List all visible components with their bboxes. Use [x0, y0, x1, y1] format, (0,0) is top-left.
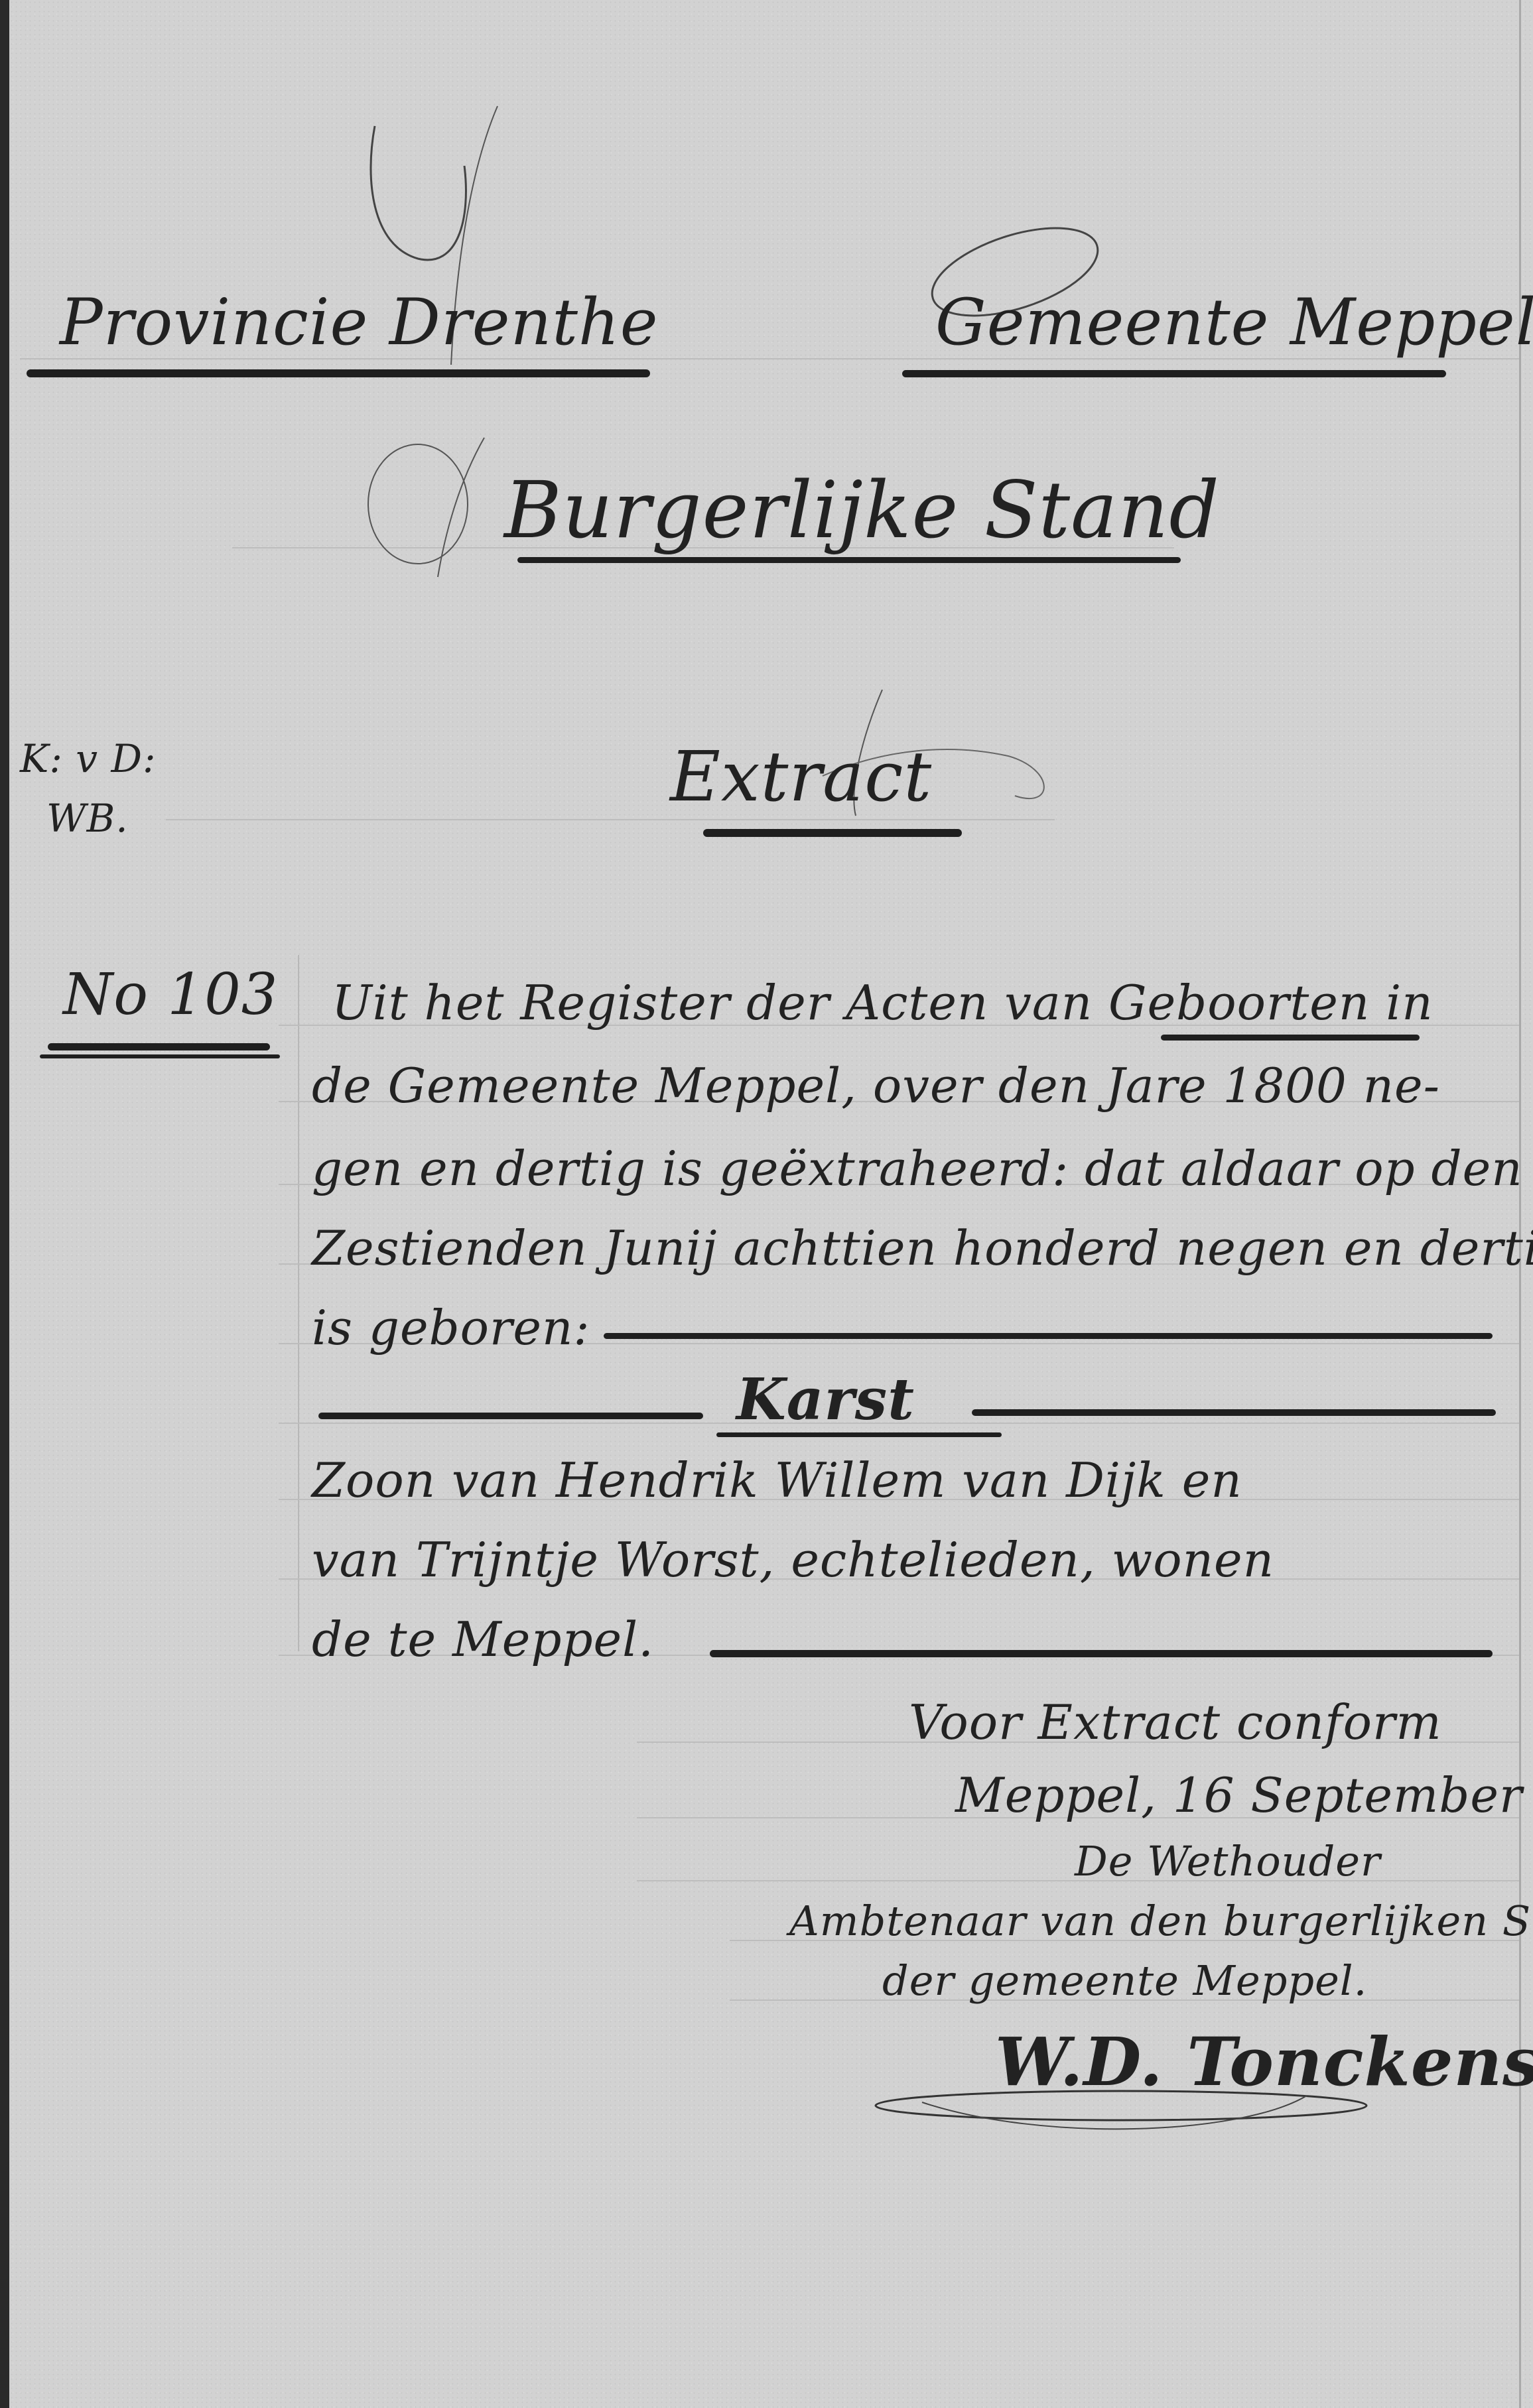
record-number-underline-1: [48, 1043, 270, 1050]
scan-left-edge: [0, 0, 9, 2408]
extract-heading-underline: [703, 829, 962, 837]
parents-line-3: de te Meppel.: [312, 1612, 654, 1667]
fill-line-after-name: [972, 1409, 1496, 1416]
municipality-of-registrar: der gemeente Meppel.: [882, 1956, 1367, 2005]
fill-line-before-name: [318, 1413, 703, 1419]
flourish-ornament-b: [345, 424, 517, 584]
parents-line-1: Zoon van Hendrik Willem van Dijk en: [312, 1452, 1242, 1508]
body-line-3: gen en dertig is geëxtraheerd: dat aldaa…: [312, 1141, 1523, 1196]
fill-line-after-meppel: [710, 1650, 1493, 1657]
geboorten-underline: [1161, 1035, 1420, 1041]
name-underline: [716, 1432, 1002, 1437]
register-title-underline: [517, 557, 1181, 563]
child-name: Karst: [736, 1366, 915, 1433]
registrar-title: Ambtenaar van den burgerlijken Stand: [789, 1897, 1533, 1945]
province-underline: [27, 369, 650, 377]
body-line-4: Zestienden Junij achttien honderd negen …: [312, 1220, 1533, 1276]
extract-heading: Extract: [670, 736, 932, 817]
scanned-document-page: Provincie Drenthe Gemeente Meppel Burger…: [0, 0, 1533, 2408]
body-line-5: is geboren:: [312, 1300, 590, 1356]
place-and-date: Meppel, 16 September 1863: [955, 1767, 1533, 1823]
register-title: Burgerlijke Stand: [504, 464, 1220, 556]
province-label: Provincie Drenthe: [60, 285, 659, 359]
parents-line-2: van Trijntje Worst, echtelieden, wonen: [312, 1532, 1274, 1588]
municipality-underline: [902, 370, 1446, 377]
fill-line-after-geboren: [604, 1333, 1493, 1339]
margin-note-paraph: WB.: [46, 796, 129, 841]
margin-note-initials: K: v D:: [20, 736, 157, 781]
record-number: No 103: [63, 962, 279, 1028]
record-number-underline-2: [40, 1054, 280, 1058]
body-line-2: de Gemeente Meppel, over den Jare 1800 n…: [312, 1058, 1440, 1113]
conform-statement: Voor Extract conform: [909, 1694, 1442, 1750]
wethouder-title: De Wethouder: [1075, 1837, 1381, 1885]
margin-rule: [298, 955, 299, 1651]
body-line-1: Uit het Register der Acten van Geboorten…: [332, 975, 1433, 1031]
municipality-label: Gemeente Meppel: [935, 285, 1533, 359]
signature-flourish: [842, 2082, 1373, 2149]
